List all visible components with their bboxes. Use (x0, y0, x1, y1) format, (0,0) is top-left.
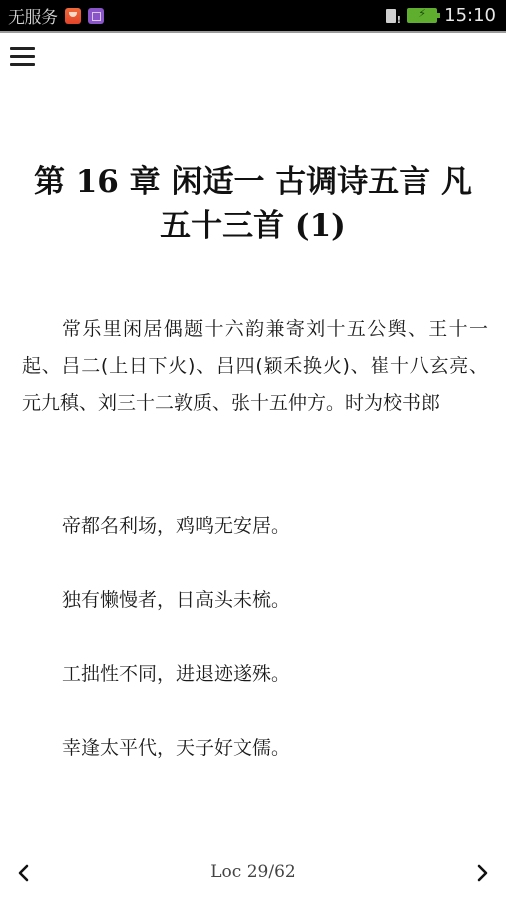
page-navigation: Loc 29/62 (0, 855, 506, 895)
reading-content: 常乐里闲居偶题十六韵兼寄刘十五公舆、王十一起、吕二(上日下火)、吕四(颖禾换火)… (22, 311, 488, 422)
location-indicator: Loc 29/62 (0, 862, 506, 882)
menu-bar (10, 55, 35, 58)
app-notification-purple-icon (88, 8, 104, 24)
status-bar-right: ⚡ 15:10 (386, 5, 496, 26)
battery-charging-icon: ⚡ (407, 8, 437, 23)
clock: 15:10 (444, 5, 496, 26)
hamburger-menu-icon[interactable] (10, 47, 36, 69)
status-bar-left: 无服务 (8, 3, 104, 28)
chapter-title: 第 16 章 闲适一 古调诗五言 凡 五十三首 (1) (20, 160, 486, 248)
verse-line: 工拙性不同，进退迹遂殊。 (62, 661, 290, 687)
app-notification-orange-icon (65, 8, 81, 24)
carrier-label: 无服务 (8, 3, 58, 28)
status-bar: 无服务 ⚡ 15:10 (0, 0, 506, 33)
verse-line: 幸逢太平代，天子好文儒。 (62, 735, 290, 761)
verse-line: 独有懒慢者，日高头未梳。 (62, 587, 290, 613)
poem-intro: 常乐里闲居偶题十六韵兼寄刘十五公舆、王十一起、吕二(上日下火)、吕四(颖禾换火)… (22, 311, 488, 422)
sim-alert-icon (386, 8, 400, 24)
menu-bar (10, 63, 35, 66)
chevron-right-icon (470, 861, 494, 885)
chapter-title-line-1: 第 16 章 闲适一 古调诗五言 凡 (34, 164, 472, 200)
chapter-title-line-2: 五十三首 (1) (160, 208, 346, 244)
verse-line: 帝都名利场，鸡鸣无安居。 (62, 513, 290, 539)
next-page-button[interactable] (470, 861, 494, 885)
charging-bolt-icon: ⚡ (409, 7, 435, 20)
menu-bar (10, 47, 35, 50)
